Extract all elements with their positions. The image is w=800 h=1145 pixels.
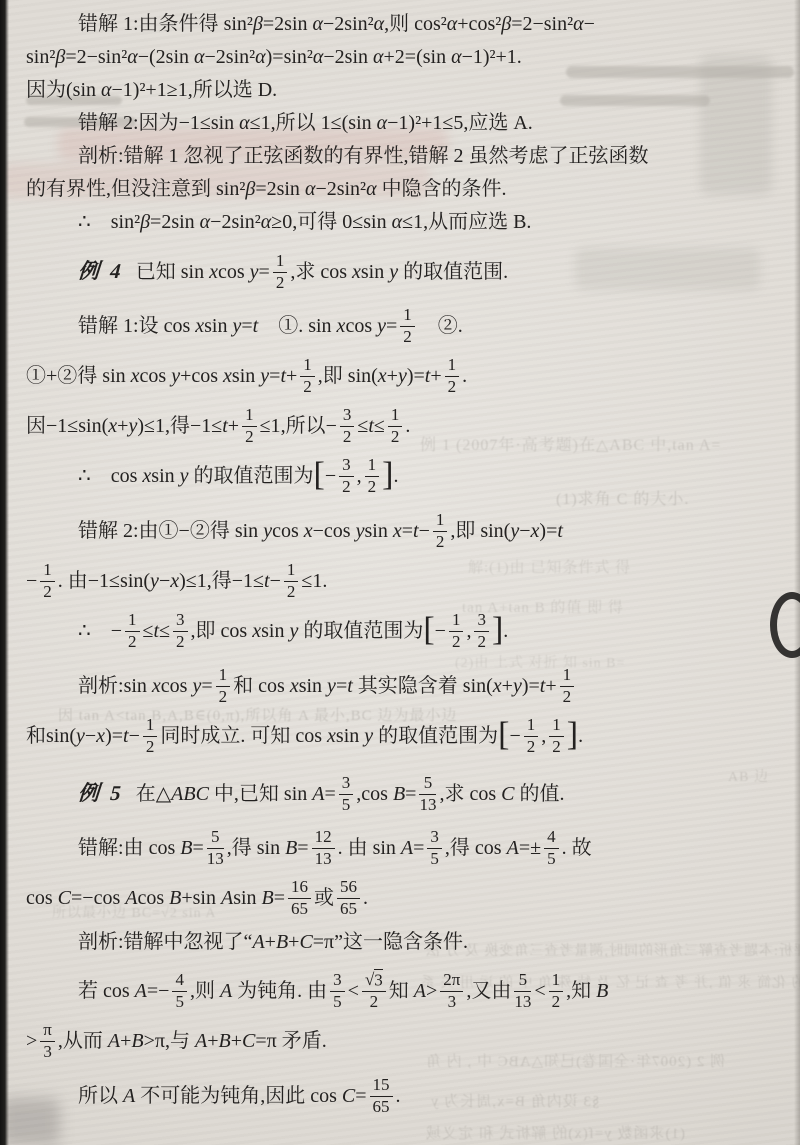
fraction: 5665 bbox=[337, 878, 360, 918]
fraction: 12 bbox=[560, 666, 575, 706]
fraction: 12 bbox=[365, 456, 380, 496]
fraction: 32 bbox=[339, 456, 354, 496]
fraction: 12 bbox=[549, 971, 564, 1011]
text-line-20: cos C=−cos Acos B+sin Asin B=1665或5665. bbox=[26, 873, 792, 923]
text-line-15: ∴ −12≤t≤32,即 cos xsin y 的取值范围为[−12,32]. bbox=[26, 606, 792, 656]
text-line-12: ∴ cos xsin y 的取值范围为[−32,12]. bbox=[26, 451, 792, 501]
text-line-10: ①+②得 sin xcos y+cos xsin y=t+12,即 sin(x+… bbox=[26, 351, 792, 401]
fraction: 32 bbox=[340, 406, 355, 446]
fraction: √32 bbox=[362, 971, 386, 1011]
text-line-4: 错解 2:因为−1≤sin α≤1,所以 1≤(sin α−1)²+1≤5,应选… bbox=[26, 107, 792, 140]
text-line-6: 的有界性,但没注意到 sin²β=2sin α−2sin²α 中隐含的条件. bbox=[26, 173, 792, 206]
text-line-24: 所以 A 不可能为钝角,因此 cos C=1565. bbox=[26, 1071, 792, 1121]
fraction: 35 bbox=[427, 828, 442, 868]
text-line-19: 错解:由 cos B=513,得 sin B=1213. 由 sin A=35,… bbox=[26, 823, 792, 873]
example-label: 例 5 bbox=[76, 768, 125, 818]
fraction: 45 bbox=[172, 971, 187, 1011]
big-bracket: ] bbox=[567, 716, 578, 753]
fraction: 12 bbox=[549, 716, 564, 756]
fraction: 12 bbox=[445, 356, 460, 396]
fraction: 12 bbox=[125, 611, 140, 651]
fraction: 12 bbox=[400, 306, 415, 346]
fraction: 1565 bbox=[370, 1076, 393, 1116]
text-line-17: 和sin(y−x)=t−12同时成立. 可知 cos xsin y 的取值范围为… bbox=[26, 711, 792, 761]
fraction: 2π3 bbox=[440, 971, 463, 1011]
fraction: 35 bbox=[339, 774, 354, 814]
example-4-heading: 例 4已知 sin xcos y=12,求 cos xsin y 的取值范围. bbox=[26, 246, 792, 296]
big-bracket: ] bbox=[382, 456, 393, 493]
text-line-13: 错解 2:由①−②得 sin ycos x−cos ysin x=t−12,即 … bbox=[26, 506, 792, 556]
text-line-21: 剖析:错解中忽视了“A+B+C=π”这一隐含条件. bbox=[26, 923, 792, 961]
text-line-23: >π3,从而 A+B>π,与 A+B+C=π 矛盾. bbox=[26, 1016, 792, 1066]
fraction: 513 bbox=[419, 774, 436, 814]
text-line-14: −12. 由−1≤sin(y−x)≤1,得−1≤t−12≤1. bbox=[26, 556, 792, 606]
text-line-2: sin²β=2−sin²α−(2sin α−2sin²α)=sin²α−2sin… bbox=[26, 41, 792, 74]
fraction: 32 bbox=[173, 611, 188, 651]
fraction: 45 bbox=[544, 828, 559, 868]
fraction: 12 bbox=[300, 356, 315, 396]
text-line-22: 若 cos A=−45,则 A 为钝角. 由35<√32知 A>2π3,又由51… bbox=[26, 966, 792, 1016]
fraction: 12 bbox=[284, 561, 299, 601]
fraction: 12 bbox=[449, 611, 464, 651]
text-line-3: 因为(sin α−1)²+1≥1,所以选 D. bbox=[26, 74, 792, 107]
big-bracket: [ bbox=[314, 456, 325, 493]
fraction: 12 bbox=[216, 666, 231, 706]
page-edge-shadow bbox=[794, 0, 800, 1145]
example-5-heading: 例 5在△ABC 中,已知 sin A=35,cos B=513,求 cos C… bbox=[26, 768, 792, 818]
page-edge-shadow bbox=[0, 0, 9, 1145]
page-text: 错解 1:由条件得 sin²β=2sin α−2sin²α,则 cos²α+co… bbox=[26, 8, 792, 1121]
fraction: 35 bbox=[330, 971, 345, 1011]
fraction: 12 bbox=[143, 716, 158, 756]
fraction: 513 bbox=[207, 828, 224, 868]
fraction: 12 bbox=[40, 561, 55, 601]
fraction: 513 bbox=[514, 971, 531, 1011]
fraction: 12 bbox=[388, 406, 403, 446]
text-line-11: 因−1≤sin(x+y)≤1,得−1≤t+12≤1,所以−32≤t≤12. bbox=[26, 401, 792, 451]
big-bracket: [ bbox=[423, 611, 434, 648]
text-line-1: 错解 1:由条件得 sin²β=2sin α−2sin²α,则 cos²α+co… bbox=[26, 8, 792, 41]
fraction: 1213 bbox=[312, 828, 335, 868]
text-line-9: 错解 1:设 cos xsin y=t ①. sin xcos y=12 ②. bbox=[26, 301, 792, 351]
fraction: 32 bbox=[474, 611, 489, 651]
text-line-16: 剖析:sin xcos y=12和 cos xsin y=t 其实隐含着 sin… bbox=[26, 661, 792, 711]
fraction: π3 bbox=[40, 1021, 55, 1061]
text-line-7: ∴ sin²β=2sin α−2sin²α≥0,可得 0≤sin α≤1,从而应… bbox=[26, 206, 792, 239]
big-bracket: [ bbox=[498, 716, 509, 753]
big-bracket: ] bbox=[492, 611, 503, 648]
fraction: 1665 bbox=[288, 878, 311, 918]
text-line-5: 剖析:错解 1 忽视了正弦函数的有界性,错解 2 虽然考虑了正弦函数 bbox=[26, 140, 792, 173]
fraction: 12 bbox=[433, 511, 448, 551]
fraction: 12 bbox=[242, 406, 257, 446]
fraction: 12 bbox=[524, 716, 539, 756]
fraction: 12 bbox=[273, 252, 288, 292]
example-label: 例 4 bbox=[76, 246, 125, 296]
